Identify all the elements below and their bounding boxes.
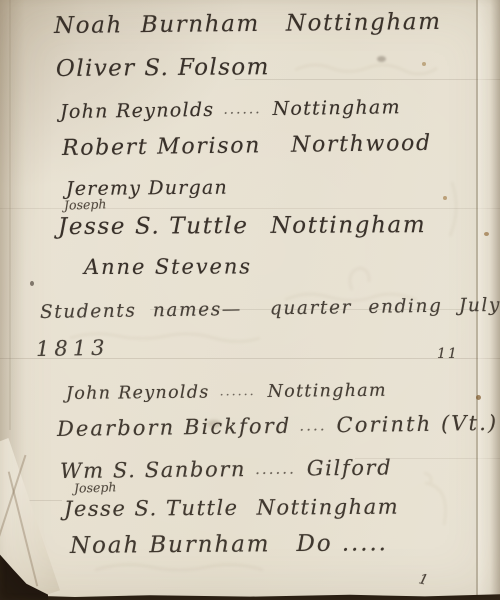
separator-squiggle: ...... [255,460,296,478]
student-entry-line: Noah BurnhamNottingham [54,9,442,39]
town-name: Corinth (Vt.) [336,411,498,437]
left-edge-crease [9,0,11,430]
ink-mark: 1 [417,571,430,589]
stain-speck [484,232,489,236]
town-name: Nottingham [272,96,401,120]
student-name: Jesse S. Tuttle [64,496,239,521]
student-name: John Reynolds [66,382,210,404]
town-name: Northwood [291,131,432,158]
student-entry-line: Noah BurnhamDo ..... [70,530,388,559]
interlinear-correction: Joseph [74,479,117,495]
student-entry-line: John Reynolds......Nottingham [60,96,401,123]
page-edge-shadow-bottom [0,592,500,600]
section-heading: Students names—quarter ending July 30 [40,294,500,323]
student-name: John Reynolds [60,99,215,123]
student-entry-line: Jesse S. TuttleNottingham [58,212,426,240]
town-name: Nottingham [256,495,399,520]
stain-speck [476,395,481,400]
town-name: Nottingham [270,212,426,239]
ditto-mark: Do ..... [296,530,388,557]
student-name: Noah Burnham [70,531,271,559]
stain-speck [30,281,34,286]
student-name: Oliver S. Folsom [56,54,270,82]
heading-quarter-ending: quarter ending July 30 [270,294,500,319]
town-name: Gilford [307,456,393,481]
stain-speck [422,62,426,66]
manuscript-page: Noah BurnhamNottingham Oliver S. Folsom … [0,0,500,600]
student-name: Robert Morison [62,133,261,161]
town-name: Nottingham [286,9,442,37]
heading-students-names: Students names— [40,299,242,323]
ink-smudge [377,56,386,62]
student-name: Dearborn Bickford [57,414,292,441]
year-label: 1813 [36,336,110,361]
separator-squiggle: ...... [219,383,255,398]
student-name: Wm S. Sanborn [60,457,246,483]
student-name: Anne Stevens [84,254,252,279]
student-entry-line: Oliver S. Folsom [56,54,270,82]
student-entry-line: Dearborn Bickford....Corinth (Vt.) [57,411,499,441]
stain-speck [443,196,447,200]
student-entry-line: Robert MorisonNorthwood [62,131,432,161]
student-entry-line: Anne Stevens [84,254,252,279]
student-name: Jesse S. Tuttle [58,213,249,240]
separator-squiggle: .... [299,416,326,434]
student-name: Noah Burnham [54,11,260,39]
student-entry-line: John Reynolds......Nottingham [66,381,387,404]
separator-squiggle: ...... [223,101,261,118]
page-number: 11 [437,346,459,362]
town-name: Nottingham [267,381,386,402]
crease-line [235,79,500,80]
interlinear-correction: Joseph [64,196,107,212]
student-entry-line: Jesse S. TuttleNottingham [64,495,399,521]
